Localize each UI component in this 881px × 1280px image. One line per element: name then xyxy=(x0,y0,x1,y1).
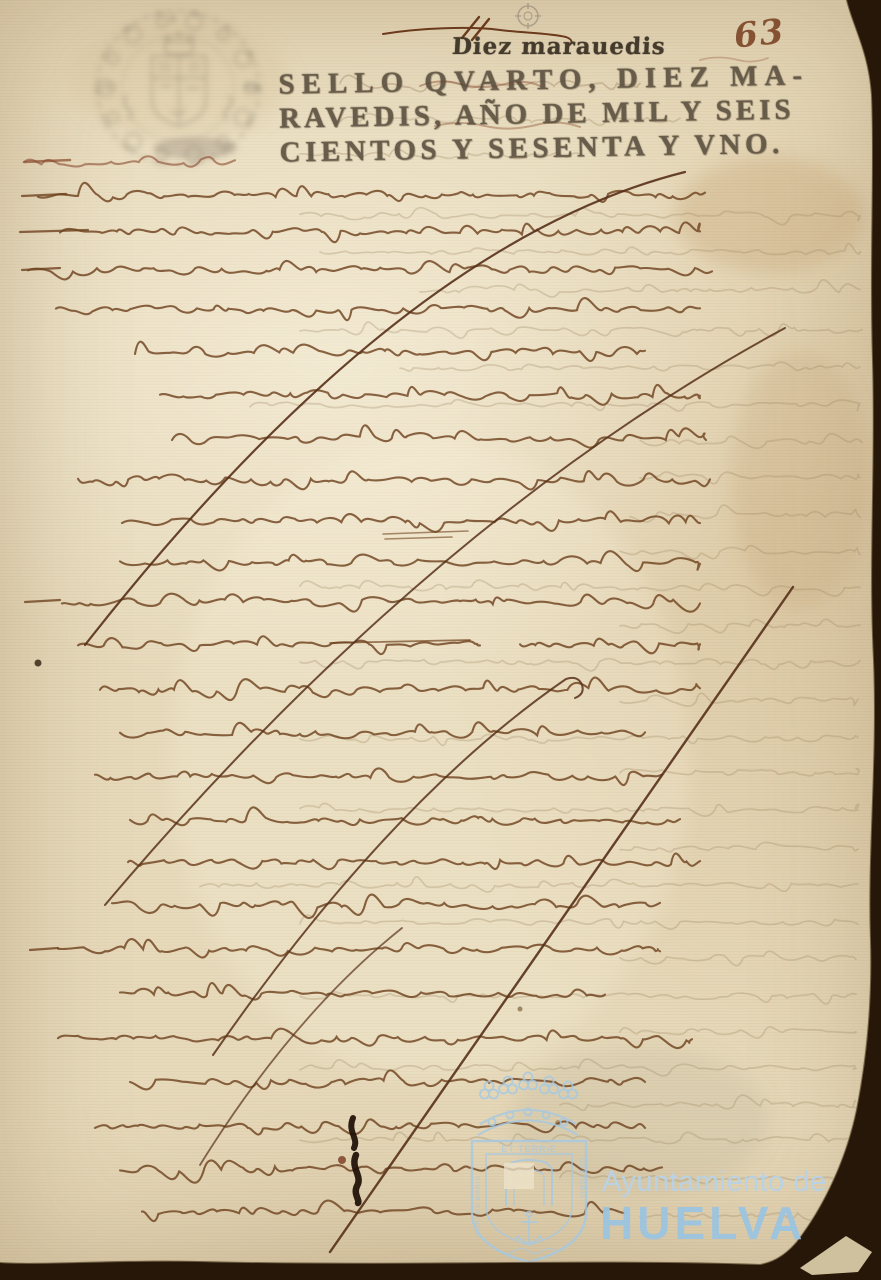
printed-seal-text: SELLO QVARTO, DIEZ MA- RAVEDIS, AÑO DE M… xyxy=(278,58,810,169)
text-layer: SELLO QVARTO, DIEZ MA- RAVEDIS, AÑO DE M… xyxy=(0,0,881,1280)
folio-number: 63 xyxy=(732,11,787,56)
watermark-institution: Ayuntamiento de xyxy=(602,1166,827,1199)
manuscript-page: IO KA R xyxy=(0,0,881,1280)
handwritten-tax-line: Diez marauedis xyxy=(451,33,666,60)
watermark-city: HUELVA xyxy=(600,1196,806,1250)
